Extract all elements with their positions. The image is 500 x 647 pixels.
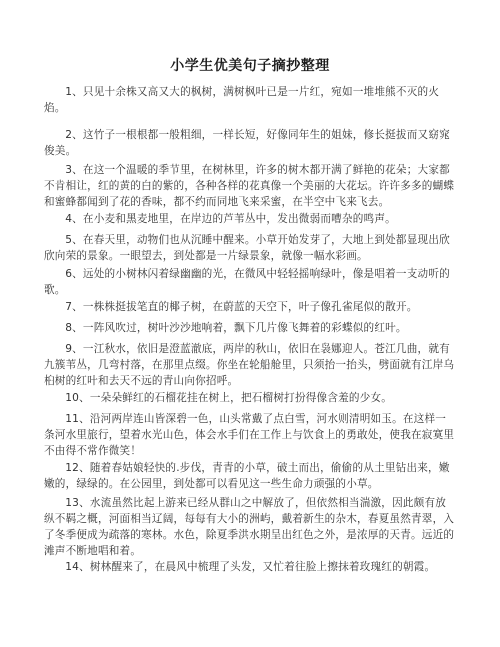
document-page: 小学生优美句子摘抄整理 1、只见十余株又高又大的枫树，满树枫叶已是一片红，宛如一… [0,0,500,647]
paragraph-1: 1、只见十余株又高又大的枫树，满树枫叶已是一片红，宛如一堆堆熊不灭的火焰。 [44,84,456,116]
paragraph-9: 9、一江秋水，依旧是澄蓝澈底，两岸的秋山，依旧在袅娜迎人。苍江几曲，就有九簇苇丛… [44,341,456,389]
document-title: 小学生优美句子摘抄整理 [0,55,500,75]
paragraph-13: 13、水流虽然比起上游来已经从群山之中解放了，但依然相当湍激，因此颇有放纵不羁之… [44,495,456,559]
paragraph-8: 8、一阵风吹过，树叶沙沙地响着，飘下几片像飞舞着的彩蝶似的红叶。 [44,320,456,336]
paragraph-12: 12、随着春姑娘轻快的.步伐，青青的小草，破土而出，偷偷的从土里钻出来，嫩嫩的，… [44,460,456,492]
paragraph-6: 6、远处的小树林闪着绿幽幽的光，在微风中轻轻摇响绿叶，像是唱着一支动听的歌。 [44,266,456,298]
paragraph-11: 11、沿河两岸连山皆深碧一色，山头常戴了点白雪，河水则清明如玉。在这样一条河水里… [44,411,456,459]
paragraph-14: 14、树林醒来了，在晨风中梳理了头发，又忙着往脸上擦抹着玫瑰红的朝霞。 [44,559,456,575]
paragraph-5: 5、在春天里，动物们也从沉睡中醒来。小草开始发芽了，大地上到处都显现出欣欣向荣的… [44,232,456,264]
paragraph-3: 3、在这一个温暖的季节里，在树林里，许多的树木都开满了鲜艳的花朵；大家都不肯相让… [44,162,456,210]
paragraph-7: 7、一株株挺拔笔直的椰子树，在蔚蓝的天空下，叶子像孔雀尾似的散开。 [44,299,456,315]
paragraph-10: 10、一朵朵鲜红的石榴花挂在树上，把石榴树打扮得像含羞的少女。 [44,390,456,406]
paragraph-2: 2、这竹子一根根都一般粗细，一样长短，好像同年生的姐妹，修长挺拔而又窈窕俊美。 [44,127,456,159]
paragraph-4: 4、在小麦和黑麦地里，在岸边的芦苇丛中，发出微弱而嘈杂的鸣声。 [44,211,456,227]
